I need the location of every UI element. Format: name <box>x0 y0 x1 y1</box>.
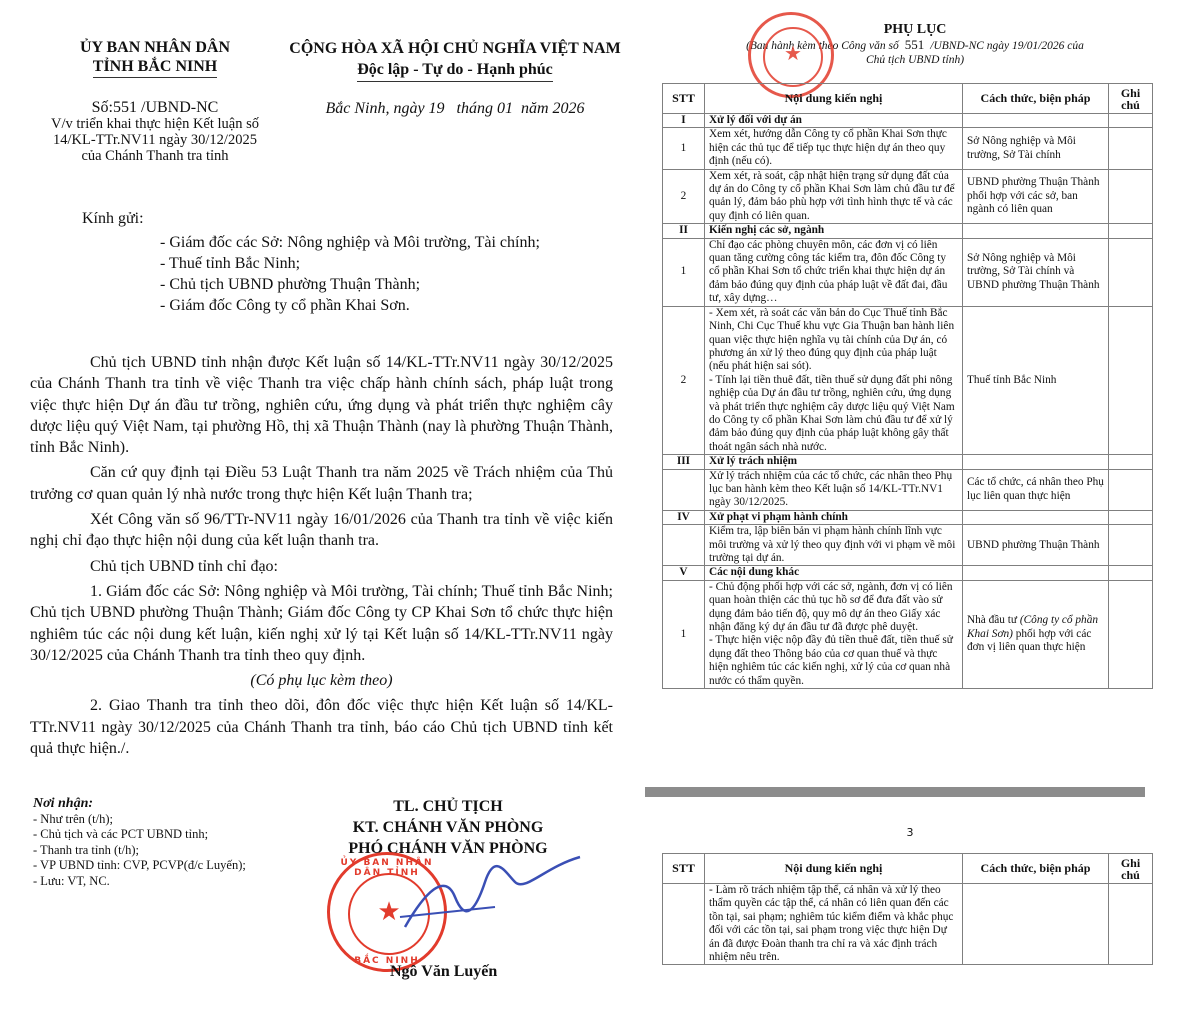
method-cell <box>963 510 1109 524</box>
content-cell: Xem xét, hướng dẫn Công ty cổ phần Khai … <box>705 128 963 169</box>
table-row: 2- Xem xét, rà soát các văn bản do Cục T… <box>663 306 1153 454</box>
table-row: Xử lý trách nhiệm của các tổ chức, các n… <box>663 469 1153 510</box>
content-cell: - Xem xét, rà soát các văn bản do Cục Th… <box>705 306 963 454</box>
section-row: IIIXử lý trách nhiệm <box>663 455 1153 469</box>
note-cell <box>1109 469 1153 510</box>
subject-line-3: của Chánh Thanh tra tỉnh <box>0 148 310 164</box>
table-row: - Làm rõ trách nhiệm tập thể, cá nhân và… <box>663 884 1153 965</box>
stt-cell <box>663 525 705 566</box>
national-title: CỘNG HÒA XÃ HỘI CHỦ NGHĨA VIỆT NAM <box>280 38 630 59</box>
method-cell: Sở Nông nghiệp và Môi trường, Sở Tài chí… <box>963 128 1109 169</box>
subject-line-2: 14/KL-TTr.NV11 ngày 30/12/2025 <box>0 132 310 148</box>
note-cell <box>1109 169 1153 224</box>
stt-cell: 1 <box>663 580 705 688</box>
recipient-item: - Giám đốc các Sở: Nông nghiệp và Môi tr… <box>160 232 540 253</box>
note-cell <box>1109 566 1153 580</box>
note-cell <box>1109 114 1153 128</box>
stt-cell <box>663 469 705 510</box>
recipient-item: - Chủ tịch UBND phường Thuận Thành; <box>160 274 540 295</box>
body-paragraph: Căn cứ quy định tại Điều 53 Luật Thanh t… <box>30 462 613 505</box>
stt-cell: 2 <box>663 306 705 454</box>
stt-cell <box>663 884 705 965</box>
stt-cell: I <box>663 114 705 128</box>
stt-cell: 1 <box>663 128 705 169</box>
content-cell: Xử lý trách nhiệm của các tổ chức, các n… <box>705 469 963 510</box>
letter-body: Chủ tịch UBND tỉnh nhận được Kết luận số… <box>30 352 613 763</box>
document-number-block: Số:551 /UBND-NC V/v triển khai thực hiện… <box>0 100 310 164</box>
subject-line-1: V/v triển khai thực hiện Kết luận số <box>0 116 310 132</box>
method-cell: Các tổ chức, cá nhân theo Phụ lục liên q… <box>963 469 1109 510</box>
col-header-content: Nội dung kiến nghị <box>705 84 963 114</box>
note-cell <box>1109 510 1153 524</box>
sign-title-line: KT. CHÁNH VĂN PHÒNG <box>298 817 598 838</box>
col-header-note: Ghi chú <box>1109 854 1153 884</box>
col-header-method: Cách thức, biện pháp <box>963 84 1109 114</box>
table-row: 1Chỉ đạo các phòng chuyên môn, các đơn v… <box>663 238 1153 306</box>
attachment-note: (Có phụ lục kèm theo) <box>30 670 613 691</box>
appendix-table: STT Nội dung kiến nghị Cách thức, biện p… <box>662 83 1153 689</box>
col-header-content: Nội dung kiến nghị <box>705 854 963 884</box>
note-cell <box>1109 455 1153 469</box>
cc-title: Nơi nhận: <box>33 796 246 812</box>
stt-cell: 2 <box>663 169 705 224</box>
cc-block: Nơi nhận: - Như trên (t/h); - Chủ tịch v… <box>33 796 246 889</box>
content-cell: - Làm rõ trách nhiệm tập thể, cá nhân và… <box>705 884 963 965</box>
cc-item: - Chủ tịch và các PCT UBND tỉnh; <box>33 827 246 843</box>
method-cell <box>963 884 1109 965</box>
content-cell: Kiểm tra, lập biên bản vi phạm hành chín… <box>705 525 963 566</box>
content-cell: Kiến nghị các sở, ngành <box>705 224 963 238</box>
section-row: VCác nội dung khác <box>663 566 1153 580</box>
note-cell <box>1109 884 1153 965</box>
content-cell: - Chủ động phối hợp với các sở, ngành, đ… <box>705 580 963 688</box>
document-number: 551 <box>113 99 137 116</box>
cc-item: - VP UBND tỉnh: CVP, PCVP(đ/c Luyến); <box>33 858 246 874</box>
province-name: TỈNH BẮC NINH <box>93 57 217 78</box>
signature-icon <box>385 852 585 932</box>
body-paragraph: Chủ tịch UBND tỉnh chỉ đạo: <box>30 556 613 577</box>
content-cell: Xử lý trách nhiệm <box>705 455 963 469</box>
table-row: 1- Chủ động phối hợp với các sở, ngành, … <box>663 580 1153 688</box>
content-cell: Các nội dung khác <box>705 566 963 580</box>
method-cell: UBND phường Thuận Thành <box>963 525 1109 566</box>
body-paragraph: 1. Giám đốc các Sở: Nông nghiệp và Môi t… <box>30 581 613 666</box>
national-header: CỘNG HÒA XÃ HỘI CHỦ NGHĨA VIỆT NAM Độc l… <box>280 38 630 82</box>
appendix-subtitle: (Ban hành kèm theo Công văn số551/UBND-N… <box>650 38 1180 67</box>
appendix-title: PHỤ LỤC <box>650 22 1180 38</box>
recipient-item: - Thuế tỉnh Bắc Ninh; <box>160 253 540 274</box>
col-header-stt: STT <box>663 854 705 884</box>
stt-cell: 1 <box>663 238 705 306</box>
signature-title-block: TL. CHỦ TỊCH KT. CHÁNH VĂN PHÒNG PHÓ CHÁ… <box>298 796 598 859</box>
body-paragraph: Chủ tịch UBND tỉnh nhận được Kết luận số… <box>30 352 613 458</box>
motto: Độc lập - Tự do - Hạnh phúc <box>357 59 553 82</box>
signer-name: Ngô Văn Luyến <box>390 963 497 981</box>
method-cell <box>963 455 1109 469</box>
page-number: 3 <box>650 826 1170 839</box>
table-row: Kiểm tra, lập biên bản vi phạm hành chín… <box>663 525 1153 566</box>
body-paragraph: Xét Công văn số 96/TTr-NV11 ngày 16/01/2… <box>30 509 613 552</box>
cc-item: - Thanh tra tỉnh (t/h); <box>33 843 246 859</box>
note-cell <box>1109 306 1153 454</box>
method-cell <box>963 114 1109 128</box>
stt-cell: V <box>663 566 705 580</box>
recipient-item: - Giám đốc Công ty cổ phần Khai Sơn. <box>160 295 540 316</box>
agency-header: ỦY BAN NHÂN DÂN TỈNH BẮC NINH <box>0 38 310 78</box>
content-cell: Xử lý đối với dự án <box>705 114 963 128</box>
page-separator <box>645 787 1145 797</box>
col-header-stt: STT <box>663 84 705 114</box>
table-row: 2Xem xét, rà soát, cập nhật hiện trạng s… <box>663 169 1153 224</box>
col-header-method: Cách thức, biện pháp <box>963 854 1109 884</box>
section-row: IIKiến nghị các sở, ngành <box>663 224 1153 238</box>
method-cell: Nhà đầu tư (Công ty cổ phần Khai Sơn) ph… <box>963 580 1109 688</box>
agency-name: ỦY BAN NHÂN DÂN <box>0 38 310 57</box>
cc-item: - Lưu: VT, NC. <box>33 874 246 890</box>
note-cell <box>1109 224 1153 238</box>
section-row: IVXử phạt vi phạm hành chính <box>663 510 1153 524</box>
date-line: Bắc Ninh, ngày 19 tháng 01 năm 2026 <box>280 100 630 118</box>
appendix-table-continued: STT Nội dung kiến nghị Cách thức, biện p… <box>662 853 1153 965</box>
note-cell <box>1109 238 1153 306</box>
content-cell: Xem xét, rà soát, cập nhật hiện trạng sử… <box>705 169 963 224</box>
stt-cell: III <box>663 455 705 469</box>
method-cell <box>963 224 1109 238</box>
cc-item: - Như trên (t/h); <box>33 812 246 828</box>
stt-cell: IV <box>663 510 705 524</box>
col-header-note: Ghi chú <box>1109 84 1153 114</box>
table-row: 1Xem xét, hướng dẫn Công ty cổ phần Khai… <box>663 128 1153 169</box>
content-cell: Chỉ đạo các phòng chuyên môn, các đơn vị… <box>705 238 963 306</box>
method-cell <box>963 566 1109 580</box>
method-cell: UBND phường Thuận Thành phối hợp với các… <box>963 169 1109 224</box>
body-paragraph: 2. Giao Thanh tra tỉnh theo dõi, đôn đốc… <box>30 695 613 759</box>
note-cell <box>1109 128 1153 169</box>
note-cell <box>1109 525 1153 566</box>
sign-title-line: TL. CHỦ TỊCH <box>298 796 598 817</box>
content-cell: Xử phạt vi phạm hành chính <box>705 510 963 524</box>
method-cell: Thuế tỉnh Bắc Ninh <box>963 306 1109 454</box>
note-cell <box>1109 580 1153 688</box>
method-cell: Sở Nông nghiệp và Môi trường, Sở Tài chí… <box>963 238 1109 306</box>
salutation: Kính gửi: <box>82 210 144 228</box>
stt-cell: II <box>663 224 705 238</box>
recipient-list: - Giám đốc các Sở: Nông nghiệp và Môi tr… <box>160 232 540 316</box>
section-row: IXử lý đối với dự án <box>663 114 1153 128</box>
